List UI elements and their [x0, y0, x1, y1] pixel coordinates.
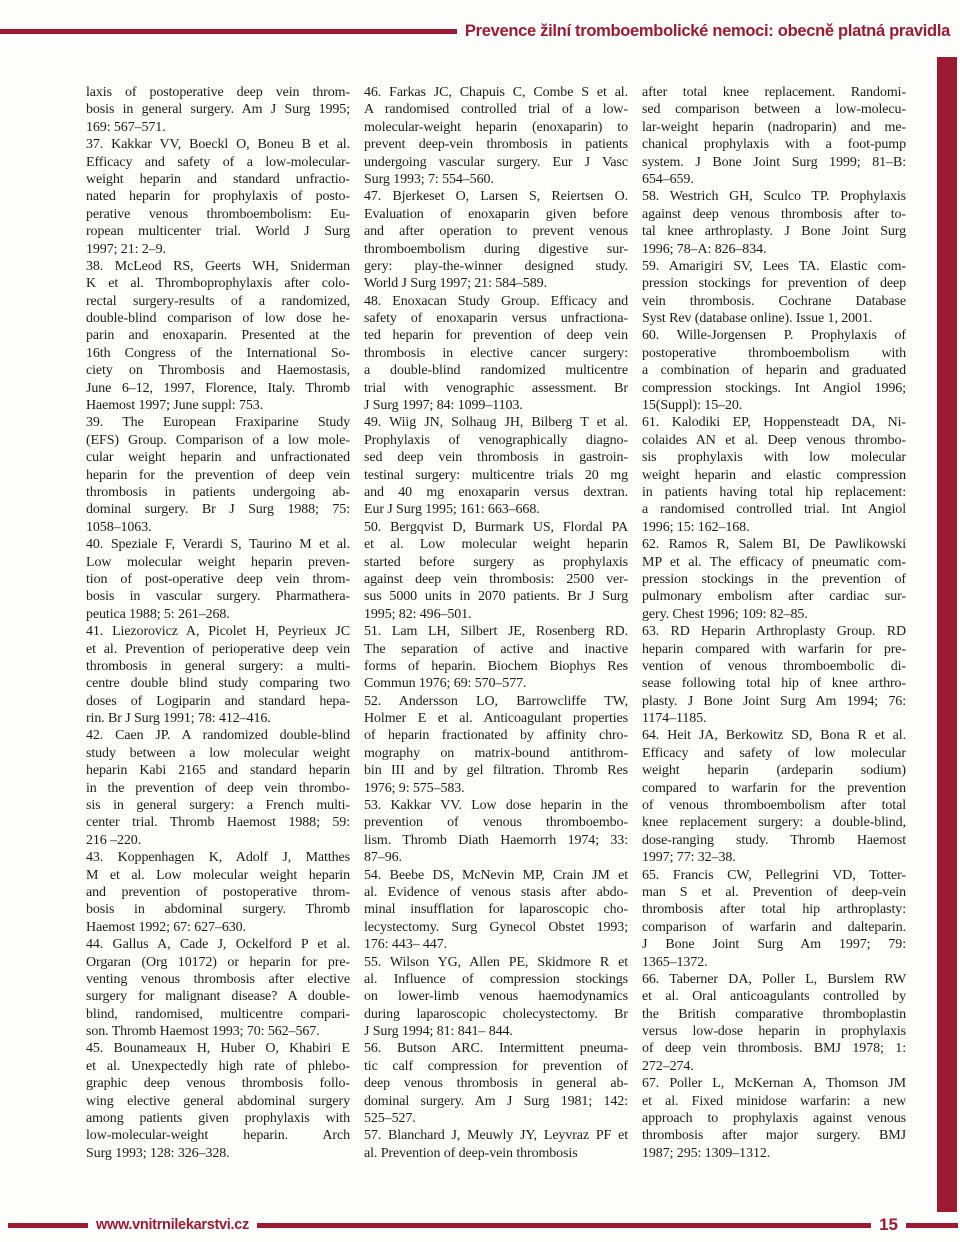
reference-line: tal knee arthroplasty. J Bone Joint Surg: [642, 223, 906, 240]
references-column-3: after total knee replacement. Randomi-se…: [642, 84, 906, 1162]
reference-line: 63. RD Heparin Arthroplasty Group. RD: [642, 623, 906, 640]
reference-line: al. Prevention of deep-vein thrombosis: [364, 1145, 628, 1162]
reference-line: in patients having total hip replacement…: [642, 484, 906, 501]
reference-item: 39. The European Fraxiparine Study(EFS) …: [86, 414, 350, 536]
reference-line: 47. Bjerkeset O, Larsen S, Reiertsen O.: [364, 188, 628, 205]
reference-line: study between a low molecular weight: [86, 745, 350, 762]
reference-line: safety of enoxaparin versus unfractiona-: [364, 310, 628, 327]
reference-line: dose-ranging study. Thromb Haemost: [642, 832, 906, 849]
reference-line: compression stockings. Int Angiol 1996;: [642, 380, 906, 397]
reference-item: 50. Bergqvist D, Burmark US, Flordal PAe…: [364, 519, 628, 623]
reference-line: pression stockings in the prevention of: [642, 571, 906, 588]
reference-line: versus low-dose heparin in prophylaxis: [642, 1023, 906, 1040]
page-footer: www.vnitrnilekarstvi.cz 15: [0, 1215, 960, 1235]
reference-line: 1987; 295: 1309–1312.: [642, 1145, 906, 1162]
reference-item: 66. Taberner DA, Poller L, Burslem RWet …: [642, 971, 906, 1075]
reference-line: sed comparison between a low-molecu-: [642, 101, 906, 118]
reference-line: thrombosis in general surgery: a multi-: [86, 658, 350, 675]
reference-line: 16th Congress of the International So-: [86, 345, 350, 362]
reference-line: system. J Bone Joint Surg 1999; 81–B:: [642, 154, 906, 171]
reference-line: 525–527.: [364, 1110, 628, 1127]
reference-item: 37. Kakkar VV, Boeckl O, Boneu B et al.E…: [86, 136, 350, 258]
reference-line: 1976; 9: 575–583.: [364, 780, 628, 797]
reference-line: rectal surgery-results of a randomized,: [86, 293, 350, 310]
reference-line: Surg 1993; 128: 326–328.: [86, 1145, 350, 1162]
reference-line: perative venous thromboembolism: Eu-: [86, 206, 350, 223]
reference-line: nated heparin for prophylaxis of posto-: [86, 188, 350, 205]
reference-item: 54. Beebe DS, McNevin MP, Crain JM etal.…: [364, 867, 628, 954]
footer-rule-left: [8, 1223, 88, 1228]
reference-line: 59. Amarigiri SV, Lees TA. Elastic com-: [642, 258, 906, 275]
reference-line: Surg 1993; 7: 554–560.: [364, 171, 628, 188]
reference-line: a randomised controlled trial. Int Angio…: [642, 501, 906, 518]
reference-line: postoperative thromboembolism with: [642, 345, 906, 362]
reference-line: Efficacy and safety of low molecular: [642, 745, 906, 762]
journal-page: Prevence žilní tromboembolické nemoci: o…: [0, 0, 960, 1242]
reference-line: chanical prophylaxis with a foot-pump: [642, 136, 906, 153]
reference-line: bosis in vascular surgery. Pharmathera-: [86, 588, 350, 605]
reference-line: 45. Bounameaux H, Huber O, Khabiri E: [86, 1040, 350, 1057]
reference-line: 60. Wille-Jorgensen P. Prophylaxis of: [642, 327, 906, 344]
reference-line: mography on matrix-bound antithrom-: [364, 745, 628, 762]
reference-line: 48. Enoxacan Study Group. Efficacy and: [364, 293, 628, 310]
reference-line: center trial. Thromb Haemost 1988; 59:: [86, 814, 350, 831]
reference-line: low-molecular-weight heparin. Arch: [86, 1127, 350, 1144]
footer-rule-middle: [257, 1223, 871, 1228]
reference-line: bosis in abdominal surgery. Thromb: [86, 901, 350, 918]
reference-line: blind, randomised, multicentre compari-: [86, 1006, 350, 1023]
reference-line: 57. Blanchard J, Meuwly JY, Leyvraz PF e…: [364, 1127, 628, 1144]
reference-line: forms of heparin. Biochem Biophys Res: [364, 658, 628, 675]
reference-line: sus 5000 units in 2070 patients. Br J Su…: [364, 588, 628, 605]
reference-line: pression stockings for prevention of dee…: [642, 275, 906, 292]
reference-line: during laparoscopic cholecystectomy. Br: [364, 1006, 628, 1023]
reference-line: et al. Low molecular weight heparin: [364, 536, 628, 553]
reference-line: 1995; 82: 496–501.: [364, 606, 628, 623]
reference-line: 39. The European Fraxiparine Study: [86, 414, 350, 431]
reference-line: 44. Gallus A, Cade J, Ockelford P et al.: [86, 936, 350, 953]
reference-line: 65. Francis CW, Pellegrini VD, Totter-: [642, 867, 906, 884]
reference-line: 43. Koppenhagen K, Adolf J, Matthes: [86, 849, 350, 866]
reference-line: 41. Liezorovicz A, Picolet H, Peyrieux J…: [86, 623, 350, 640]
reference-item: 47. Bjerkeset O, Larsen S, Reiertsen O.E…: [364, 188, 628, 292]
reference-line: vein thrombosis. Cochrane Database: [642, 293, 906, 310]
reference-line: on lower-limb venous haemodynamics: [364, 988, 628, 1005]
reference-item: 56. Butson ARC. Intermittent pneuma-tic …: [364, 1040, 628, 1127]
reference-item: 48. Enoxacan Study Group. Efficacy andsa…: [364, 293, 628, 415]
reference-line: Orgaran (Org 10172) or heparin for pre-: [86, 954, 350, 971]
reference-line: sis prophylaxis with low molecular: [642, 449, 906, 466]
reference-line: pulmonary embolism after cardiac sur-: [642, 588, 906, 605]
reference-line: undergoing vascular surgery. Eur J Vasc: [364, 154, 628, 171]
reference-line: heparin Kabi 2165 and standard heparin: [86, 762, 350, 779]
reference-line: 1058–1063.: [86, 519, 350, 536]
reference-line: thrombosis in elective cancer surgery:: [364, 345, 628, 362]
reference-line: et al. Oral anticoagulants controlled by: [642, 988, 906, 1005]
reference-item: 67. Poller L, McKernan A, Thomson JMet a…: [642, 1075, 906, 1162]
reference-line: Prophylaxis of venographically diagno-: [364, 432, 628, 449]
reference-line: man S et al. Prevention of deep-vein: [642, 884, 906, 901]
reference-line: Holmer E et al. Anticoagulant properties: [364, 710, 628, 727]
reference-item: 52. Andersson LO, Barrowcliffe TW,Holmer…: [364, 693, 628, 797]
reference-line: ted heparin for prevention of deep vein: [364, 327, 628, 344]
reference-line: wing elective general abdominal surgery: [86, 1093, 350, 1110]
reference-line: centre double blind study comparing two: [86, 675, 350, 692]
reference-line: in the prevention of deep vein thrombo-: [86, 780, 350, 797]
reference-line: cular weight heparin and unfractionated: [86, 449, 350, 466]
reference-line: plasty. J Bone Joint Surg Am 1994; 76:: [642, 693, 906, 710]
reference-line: 40. Speziale F, Verardi S, Taurino M et …: [86, 536, 350, 553]
reference-line: heparin for the prevention of deep vein: [86, 467, 350, 484]
reference-line: sis in general surgery: a French multi-: [86, 797, 350, 814]
reference-line: rin. Br J Surg 1991; 78: 412–416.: [86, 710, 350, 727]
reference-line: June 6–12, 1997, Florence, Italy. Thromb: [86, 380, 350, 397]
reference-line: laxis of postoperative deep vein throm-: [86, 84, 350, 101]
reference-item: 61. Kalodiki EP, Hoppensteadt DA, Ni-col…: [642, 414, 906, 536]
reference-item: 57. Blanchard J, Meuwly JY, Leyvraz PF e…: [364, 1127, 628, 1162]
reference-line: ropean multicenter trial. World J Surg: [86, 223, 350, 240]
reference-item: 44. Gallus A, Cade J, Ockelford P et al.…: [86, 936, 350, 1040]
reference-line: peutica 1988; 5: 261–268.: [86, 606, 350, 623]
reference-line: MP et al. The efficacy of pneumatic com-: [642, 554, 906, 571]
reference-line: A randomised controlled trial of a low-: [364, 101, 628, 118]
reference-line: 1996; 78–A: 826–834.: [642, 241, 906, 258]
reference-line: of venous thromboembolism after total: [642, 797, 906, 814]
reference-line: 58. Westrich GH, Sculco TP. Prophylaxis: [642, 188, 906, 205]
page-number: 15: [871, 1215, 906, 1235]
reference-line: 55. Wilson YG, Allen PE, Skidmore R et: [364, 954, 628, 971]
reference-line: dominal surgery. Br J Surg 1988; 75:: [86, 501, 350, 518]
reference-line: gery. Chest 1996; 109: 82–85.: [642, 606, 906, 623]
reference-line: Low molecular weight heparin preven-: [86, 554, 350, 571]
reference-line: a combination of heparin and graduated: [642, 362, 906, 379]
reference-line: bin III and by gel filtration. Thromb Re…: [364, 762, 628, 779]
reference-line: thromboembolism during digestive sur-: [364, 241, 628, 258]
reference-item: laxis of postoperative deep vein throm-b…: [86, 84, 350, 136]
reference-line: dominal surgery. Am J Surg 1981; 142:: [364, 1093, 628, 1110]
reference-line: J Bone Joint Surg Am 1997; 79:: [642, 936, 906, 953]
reference-line: minal insufflation for laparoscopic cho-: [364, 901, 628, 918]
reference-line: The separation of active and inactive: [364, 641, 628, 658]
reference-line: after total knee replacement. Randomi-: [642, 84, 906, 101]
reference-item: 55. Wilson YG, Allen PE, Skidmore R etal…: [364, 954, 628, 1041]
reference-line: and after operation to prevent venous: [364, 223, 628, 240]
reference-line: thrombosis after major surgery. BMJ: [642, 1127, 906, 1144]
references-column-1: laxis of postoperative deep vein throm-b…: [86, 84, 350, 1162]
reference-line: al. Influence of compression stockings: [364, 971, 628, 988]
reference-line: graphic deep venous thrombosis follo-: [86, 1075, 350, 1092]
reference-line: 64. Heit JA, Berkowitz SD, Bona R et al.: [642, 727, 906, 744]
reference-line: weight heparin (ardeparin sodium): [642, 762, 906, 779]
reference-line: comparison of warfarin and dalteparin.: [642, 919, 906, 936]
reference-line: 216 –220.: [86, 832, 350, 849]
reference-line: vention of venous thromboembolic di-: [642, 658, 906, 675]
reference-line: among patients given prophylaxis with: [86, 1110, 350, 1127]
reference-line: 1174–1185.: [642, 710, 906, 727]
reference-line: Eur J Surg 1995; 161: 663–668.: [364, 501, 628, 518]
reference-line: 169: 567–571.: [86, 119, 350, 136]
reference-line: weight heparin and standard unfractio-: [86, 171, 350, 188]
reference-line: Haemost 1997; June suppl: 753.: [86, 397, 350, 414]
reference-line: surgery for malignant disease? A double-: [86, 988, 350, 1005]
reference-line: 56. Butson ARC. Intermittent pneuma-: [364, 1040, 628, 1057]
reference-line: ciety on Thrombosis and Haemostasis,: [86, 362, 350, 379]
reference-line: 49. Wiig JN, Solhaug JH, Bilberg T et al…: [364, 414, 628, 431]
reference-line: Haemost 1992; 67: 627–630.: [86, 919, 350, 936]
reference-line: prevention of venous thromboembo-: [364, 814, 628, 831]
reference-item: 49. Wiig JN, Solhaug JH, Bilberg T et al…: [364, 414, 628, 518]
reference-line: World J Surg 1997; 21: 584–589.: [364, 275, 628, 292]
reference-line: 66. Taberner DA, Poller L, Burslem RW: [642, 971, 906, 988]
reference-line: sease following total hip of knee arthro…: [642, 675, 906, 692]
reference-line: al. Evidence of venous stasis after abdo…: [364, 884, 628, 901]
reference-line: of deep vein thrombosis. BMJ 1978; 1:: [642, 1040, 906, 1057]
footer-website-url: www.vnitrnilekarstvi.cz: [88, 1217, 257, 1233]
reference-line: molecular-weight heparin (enoxaparin) to: [364, 119, 628, 136]
reference-line: weight heparin and elastic compression: [642, 467, 906, 484]
reference-line: lism. Thromb Diath Haemorrh 1974; 33:: [364, 832, 628, 849]
reference-line: compared to warfarin for the prevention: [642, 780, 906, 797]
reference-line: and prevention of postoperative throm-: [86, 884, 350, 901]
reference-line: 62. Ramos R, Salem BI, De Pawlikowski: [642, 536, 906, 553]
reference-item: after total knee replacement. Randomi-se…: [642, 84, 906, 188]
reference-line: 42. Caen JP. A randomized double-blind: [86, 727, 350, 744]
reference-line: 87–96.: [364, 849, 628, 866]
reference-line: sed deep vein thrombosis in gastroin-: [364, 449, 628, 466]
reference-line: approach to prophylaxis against venous: [642, 1110, 906, 1127]
reference-line: colaides AN et al. Deep venous thrombo-: [642, 432, 906, 449]
reference-item: 63. RD Heparin Arthroplasty Group. RDhep…: [642, 623, 906, 727]
reference-line: J Surg 1994; 81: 841– 844.: [364, 1023, 628, 1040]
reference-line: 50. Bergqvist D, Burmark US, Flordal PA: [364, 519, 628, 536]
footer-rule-right: [906, 1223, 958, 1228]
reference-line: J Surg 1997; 84: 1099–1103.: [364, 397, 628, 414]
reference-line: 176: 443– 447.: [364, 936, 628, 953]
reference-line: (EFS) Group. Comparison of a low mole-: [86, 432, 350, 449]
reference-item: 60. Wille-Jorgensen P. Prophylaxis ofpos…: [642, 327, 906, 414]
header-rule-left: [0, 29, 457, 34]
reference-line: 37. Kakkar VV, Boeckl O, Boneu B et al.: [86, 136, 350, 153]
reference-line: lar-weight heparin (nadroparin) and me-: [642, 119, 906, 136]
reference-line: Evaluation of enoxaparin given before: [364, 206, 628, 223]
reference-line: heparin compared with warfarin for pre-: [642, 641, 906, 658]
reference-item: 41. Liezorovicz A, Picolet H, Peyrieux J…: [86, 623, 350, 727]
reference-line: 46. Farkas JC, Chapuis C, Combe S et al.: [364, 84, 628, 101]
reference-line: thrombosis after total hip arthroplasty:: [642, 901, 906, 918]
reference-line: 61. Kalodiki EP, Hoppensteadt DA, Ni-: [642, 414, 906, 431]
reference-line: et al. Prevention of perioperative deep …: [86, 641, 350, 658]
right-accent-bar: [937, 57, 957, 1212]
reference-item: 53. Kakkar VV. Low dose heparin in thepr…: [364, 797, 628, 867]
reference-line: a double-blind randomized multicentre: [364, 362, 628, 379]
reference-line: and 40 mg enoxaparin versus dextran.: [364, 484, 628, 501]
reference-line: gery: play-the-winner designed study.: [364, 258, 628, 275]
reference-item: 65. Francis CW, Pellegrini VD, Totter-ma…: [642, 867, 906, 971]
reference-item: 45. Bounameaux H, Huber O, Khabiri Eet a…: [86, 1040, 350, 1162]
reference-line: et al. Fixed minidose warfarin: a new: [642, 1093, 906, 1110]
reference-line: 67. Poller L, McKernan A, Thomson JM: [642, 1075, 906, 1092]
reference-item: 40. Speziale F, Verardi S, Taurino M et …: [86, 536, 350, 623]
reference-line: K et al. Thromboprophylaxis after colo-: [86, 275, 350, 292]
reference-line: 1996; 15: 162–168.: [642, 519, 906, 536]
reference-line: 654–659.: [642, 171, 906, 188]
reference-line: son. Thromb Haemost 1993; 70: 562–567.: [86, 1023, 350, 1040]
reference-line: trial with venographic assessment. Br: [364, 380, 628, 397]
reference-line: 54. Beebe DS, McNevin MP, Crain JM et: [364, 867, 628, 884]
reference-item: 62. Ramos R, Salem BI, De PawlikowskiMP …: [642, 536, 906, 623]
reference-line: 1365–1372.: [642, 954, 906, 971]
reference-line: Commun 1976; 69: 570–577.: [364, 675, 628, 692]
reference-item: 38. McLeod RS, Geerts WH, SnidermanK et …: [86, 258, 350, 415]
reference-item: 64. Heit JA, Berkowitz SD, Bona R et al.…: [642, 727, 906, 866]
references-column-2: 46. Farkas JC, Chapuis C, Combe S et al.…: [364, 84, 628, 1162]
reference-line: 1997; 21: 2–9.: [86, 241, 350, 258]
reference-line: 38. McLeod RS, Geerts WH, Sniderman: [86, 258, 350, 275]
reference-line: 1997; 77: 32–38.: [642, 849, 906, 866]
reference-item: 58. Westrich GH, Sculco TP. Prophylaxisa…: [642, 188, 906, 258]
reference-line: 15(Suppl): 15–20.: [642, 397, 906, 414]
reference-line: venting venous thrombosis after elective: [86, 971, 350, 988]
reference-line: thrombosis in patients undergoing ab-: [86, 484, 350, 501]
reference-list: laxis of postoperative deep vein throm-b…: [86, 84, 906, 1162]
reference-line: et al. Unexpectedly high rate of phlebo-: [86, 1058, 350, 1075]
reference-line: Syst Rev (database online). Issue 1, 200…: [642, 310, 906, 327]
reference-line: 51. Lam LH, Silbert JE, Rosenberg RD.: [364, 623, 628, 640]
reference-line: against deep venous thrombosis after to-: [642, 206, 906, 223]
reference-item: 43. Koppenhagen K, Adolf J, MatthesM et …: [86, 849, 350, 936]
reference-line: of heparin fractionated by affinity chro…: [364, 727, 628, 744]
reference-line: parin and enoxaparin. Presented at the: [86, 327, 350, 344]
reference-item: 46. Farkas JC, Chapuis C, Combe S et al.…: [364, 84, 628, 188]
reference-line: tion of post-operative deep vein throm-: [86, 571, 350, 588]
reference-line: against deep vein thrombosis: 2500 ver-: [364, 571, 628, 588]
reference-line: doses of Logiparin and standard hepa-: [86, 693, 350, 710]
page-header-title: Prevence žilní tromboembolické nemoci: o…: [457, 22, 958, 41]
reference-line: 272–274.: [642, 1058, 906, 1075]
reference-line: the British comparative thromboplastin: [642, 1006, 906, 1023]
reference-line: deep venous thrombosis in general ab-: [364, 1075, 628, 1092]
reference-line: testinal surgery: multicentre trials 20 …: [364, 467, 628, 484]
reference-line: Efficacy and safety of a low-molecular-: [86, 154, 350, 171]
reference-line: 53. Kakkar VV. Low dose heparin in the: [364, 797, 628, 814]
reference-line: knee replacement surgery: a double-blind…: [642, 814, 906, 831]
reference-item: 42. Caen JP. A randomized double-blindst…: [86, 727, 350, 849]
page-header: Prevence žilní tromboembolické nemoci: o…: [0, 20, 960, 42]
reference-line: bosis in general surgery. Am J Surg 1995…: [86, 101, 350, 118]
reference-line: double-blind comparison of low dose he-: [86, 310, 350, 327]
reference-line: lecystectomy. Surg Gynecol Obstet 1993;: [364, 919, 628, 936]
reference-line: tic calf compression for prevention of: [364, 1058, 628, 1075]
reference-line: prevent deep-vein thrombosis in patients: [364, 136, 628, 153]
reference-line: 52. Andersson LO, Barrowcliffe TW,: [364, 693, 628, 710]
reference-item: 59. Amarigiri SV, Lees TA. Elastic com-p…: [642, 258, 906, 328]
reference-line: M et al. Low molecular weight heparin: [86, 867, 350, 884]
reference-line: started before surgery as prophylaxis: [364, 554, 628, 571]
reference-item: 51. Lam LH, Silbert JE, Rosenberg RD.The…: [364, 623, 628, 693]
